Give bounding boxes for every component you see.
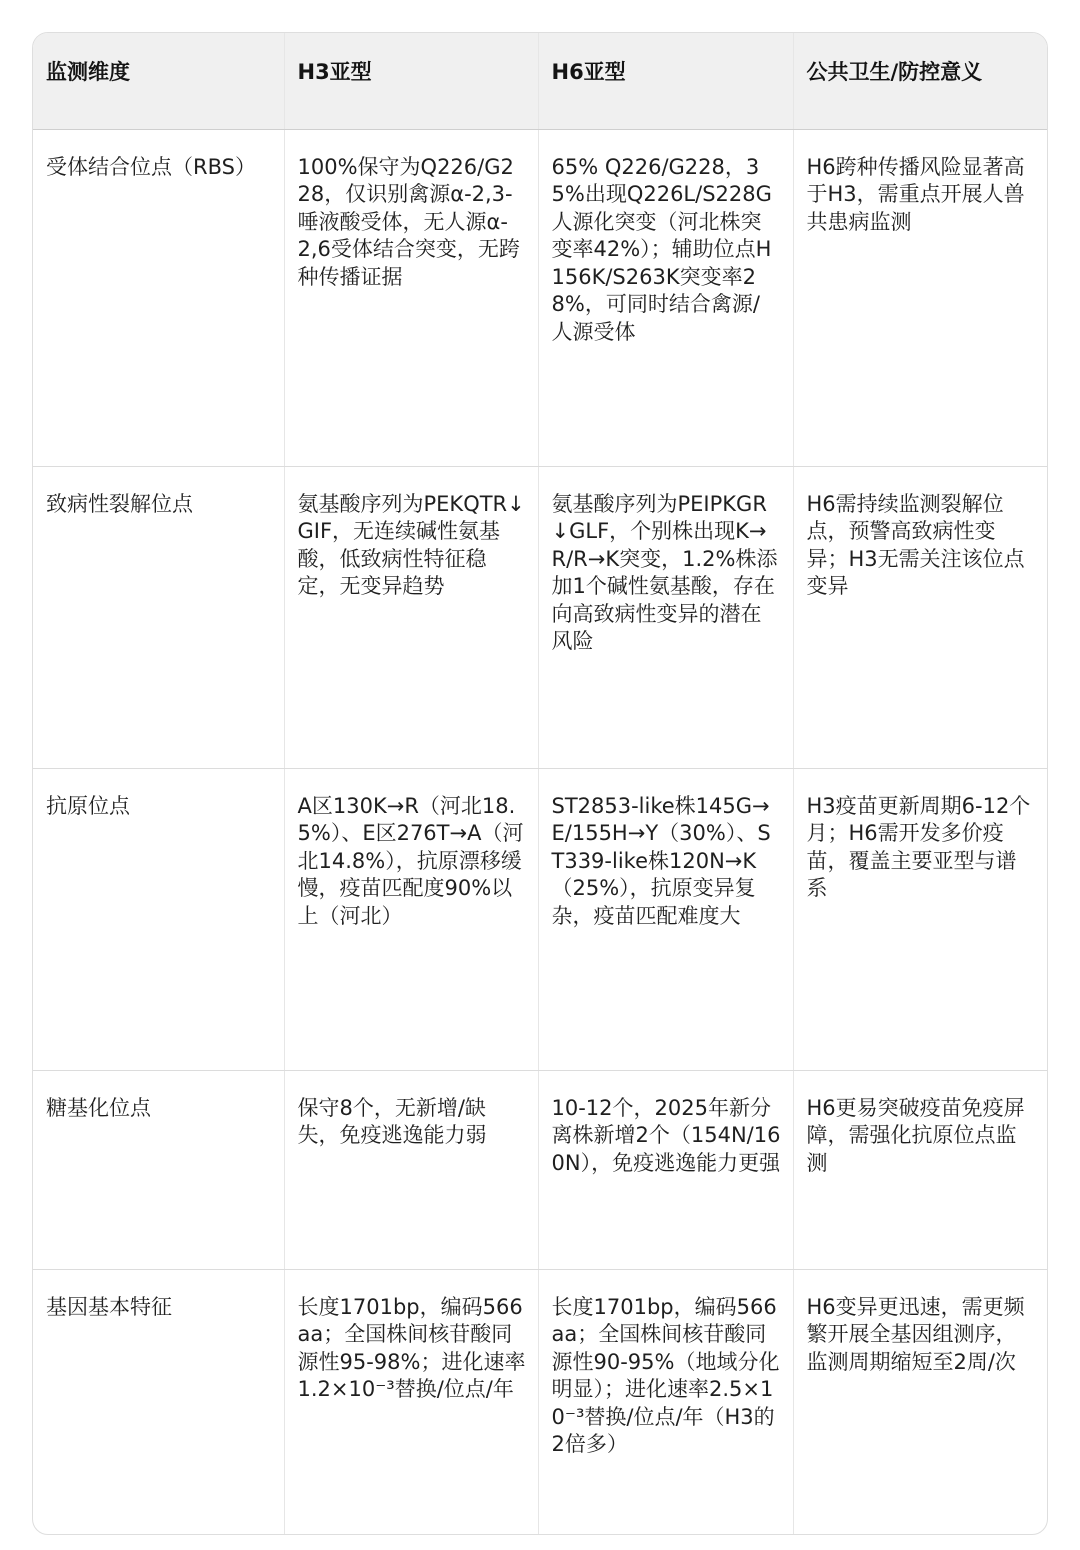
cell-h6: 10-12个，2025年新分离株新增2个（154N/160N），免疫逃逸能力更强 — [538, 1070, 793, 1269]
cell-h3: A区130K→R（河北18.5%）、E区276T→A（河北14.8%），抗原漂移… — [284, 768, 538, 1070]
header-h6: H6亚型 — [538, 33, 793, 129]
comparison-table-container: 监测维度 H3亚型 H6亚型 公共卫生/防控意义 受体结合位点（RBS） 100… — [32, 32, 1048, 1535]
header-dimension: 监测维度 — [33, 33, 284, 129]
cell-dimension: 致病性裂解位点 — [33, 466, 284, 768]
cell-h6: 氨基酸序列为PEIPKGR↓GLF，个别株出现K→R/R→K突变，1.2%株添加… — [538, 466, 793, 768]
cell-significance: H6变异更迅速，需更频繁开展全基因组测序，监测周期缩短至2周/次 — [793, 1269, 1048, 1535]
cell-dimension: 基因基本特征 — [33, 1269, 284, 1535]
cell-significance: H6跨种传播风险显著高于H3，需重点开展人兽共患病监测 — [793, 129, 1048, 466]
table-row: 致病性裂解位点 氨基酸序列为PEKQTR↓GIF，无连续碱性氨基酸，低致病性特征… — [33, 466, 1048, 768]
cell-h6: 65% Q226/G228，35%出现Q226L/S228G人源化突变（河北株突… — [538, 129, 793, 466]
cell-h3: 100%保守为Q226/G228，仅识别禽源α-2,3-唾液酸受体，无人源α-2… — [284, 129, 538, 466]
cell-h6: 长度1701bp，编码566aa；全国株间核苷酸同源性90-95%（地域分化明显… — [538, 1269, 793, 1535]
cell-dimension: 抗原位点 — [33, 768, 284, 1070]
cell-dimension: 糖基化位点 — [33, 1070, 284, 1269]
table-row: 糖基化位点 保守8个，无新增/缺失，免疫逃逸能力弱 10-12个，2025年新分… — [33, 1070, 1048, 1269]
cell-significance: H3疫苗更新周期6-12个月；H6需开发多价疫苗，覆盖主要亚型与谱系 — [793, 768, 1048, 1070]
cell-significance: H6更易突破疫苗免疫屏障，需强化抗原位点监测 — [793, 1070, 1048, 1269]
cell-h6: ST2853-like株145G→E/155H→Y（30%）、ST339-lik… — [538, 768, 793, 1070]
table-row: 抗原位点 A区130K→R（河北18.5%）、E区276T→A（河北14.8%）… — [33, 768, 1048, 1070]
header-h3: H3亚型 — [284, 33, 538, 129]
table-header-row: 监测维度 H3亚型 H6亚型 公共卫生/防控意义 — [33, 33, 1048, 129]
cell-significance: H6需持续监测裂解位点，预警高致病性变异；H3无需关注该位点变异 — [793, 466, 1048, 768]
cell-h3: 保守8个，无新增/缺失，免疫逃逸能力弱 — [284, 1070, 538, 1269]
header-significance: 公共卫生/防控意义 — [793, 33, 1048, 129]
cell-h3: 长度1701bp，编码566aa；全国株间核苷酸同源性95-98%；进化速率1.… — [284, 1269, 538, 1535]
cell-h3: 氨基酸序列为PEKQTR↓GIF，无连续碱性氨基酸，低致病性特征稳定，无变异趋势 — [284, 466, 538, 768]
h3-h6-comparison-table: 监测维度 H3亚型 H6亚型 公共卫生/防控意义 受体结合位点（RBS） 100… — [33, 33, 1048, 1535]
table-row: 受体结合位点（RBS） 100%保守为Q226/G228，仅识别禽源α-2,3-… — [33, 129, 1048, 466]
table-row: 基因基本特征 长度1701bp，编码566aa；全国株间核苷酸同源性95-98%… — [33, 1269, 1048, 1535]
cell-dimension: 受体结合位点（RBS） — [33, 129, 284, 466]
